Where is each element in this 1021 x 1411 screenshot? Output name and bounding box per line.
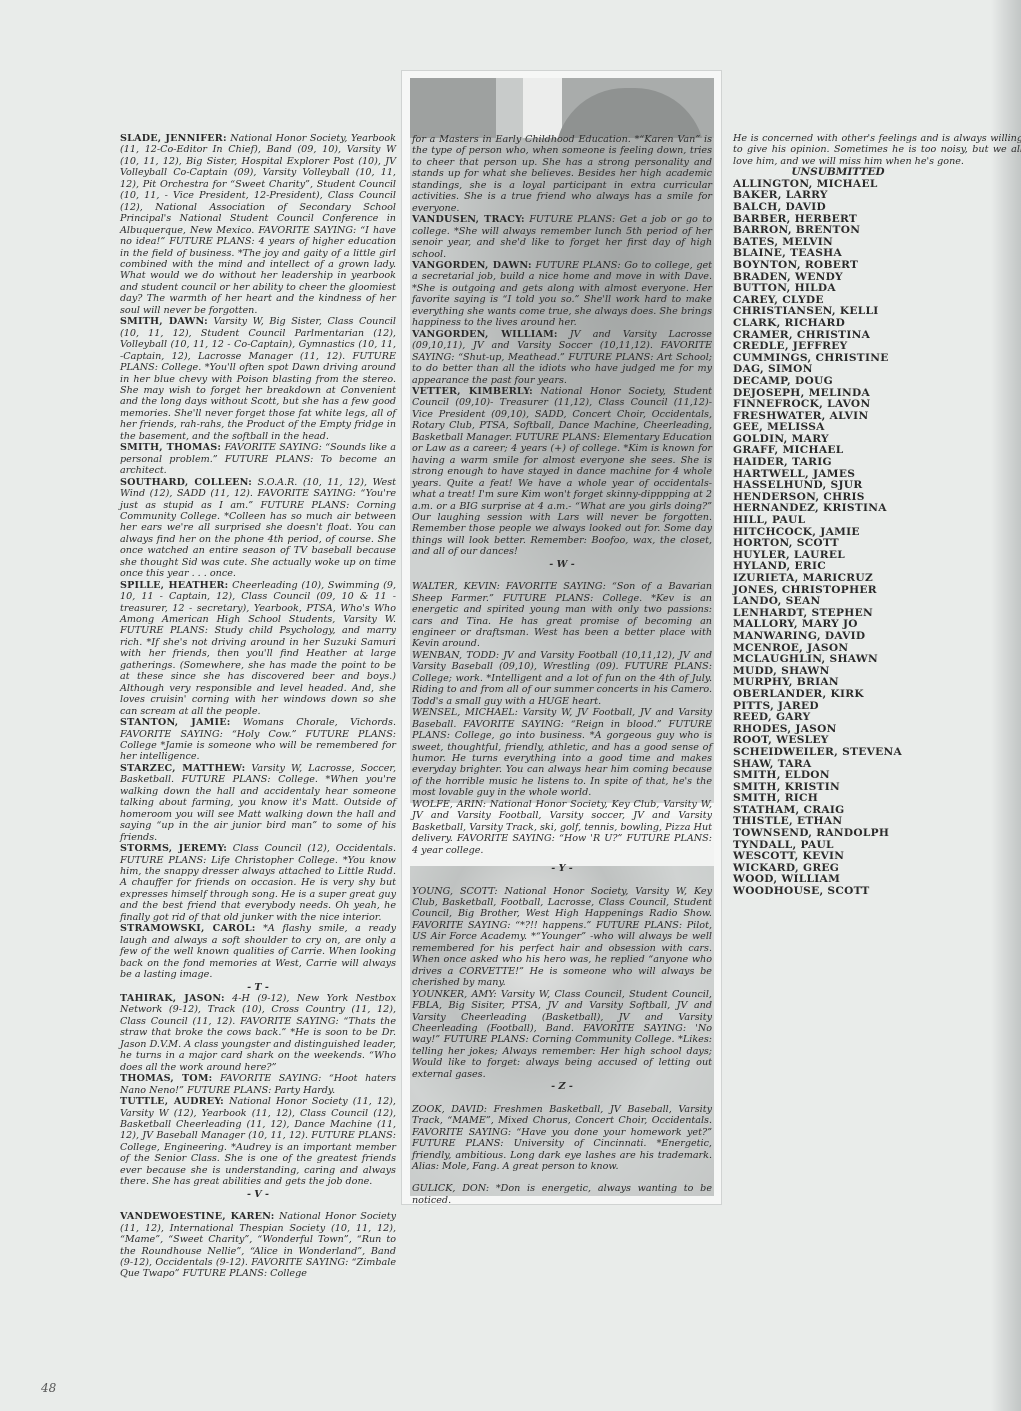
letter-heading-z: - Z - xyxy=(412,1081,712,1092)
senior-entry: SOUTHARD, COLLEEN: S.O.A.R. (10, 11, 12)… xyxy=(120,477,396,580)
entry-name: STARZEC, MATTHEW: xyxy=(120,763,245,774)
unsubmitted-name: BALCH, DAVID xyxy=(733,202,1021,214)
unsubmitted-name: OBERLANDER, KIRK xyxy=(733,689,1021,701)
unsubmitted-name: BOYNTON, ROBERT xyxy=(733,260,1021,272)
senior-entry: SLADE, JENNIFER: National Honor Society,… xyxy=(120,133,396,316)
unsubmitted-name: FINNEFROCK, LAVON xyxy=(733,399,1021,411)
senior-entry: TAHIRAK, JASON: 4-H (9-12), New York Nes… xyxy=(120,993,396,1073)
unsubmitted-name: REED, GARY xyxy=(733,712,1021,724)
senior-entry: YOUNKER, AMY: Varsity W, Class Council, … xyxy=(412,989,712,1081)
senior-entry: VANGORDEN, WILLIAM: JV and Varsity Lacro… xyxy=(412,329,712,386)
entry-text: Cheerleading (10), Swimming (9, 10, 11 -… xyxy=(120,580,396,717)
entry-name: TUTTLE, AUDREY: xyxy=(120,1096,224,1107)
senior-entry: STANTON, JAMIE: Womans Chorale, Vichords… xyxy=(120,717,396,763)
entry-text: Varsity W, JV Football, JV and Varsity B… xyxy=(412,707,712,798)
entry-name: YOUNG, SCOTT: xyxy=(412,886,498,897)
entry-text: Varsity W, Lacrosse, Soccer, Basketball.… xyxy=(120,763,396,843)
entry-text: National Honor Society, Yearbook (11, 12… xyxy=(120,133,396,316)
entry-text: Varsity W, Class Council, Student Counci… xyxy=(412,989,712,1080)
senior-entry: YOUNG, SCOTT: National Honor Society, Va… xyxy=(412,886,712,989)
senior-entry: WALTER, KEVIN: FAVORITE SAYING: “Son of … xyxy=(412,581,712,650)
senior-entry: STARZEC, MATTHEW: Varsity W, Lacrosse, S… xyxy=(120,763,396,843)
letter-heading-y: - Y - xyxy=(412,863,712,874)
senior-entry: SMITH, DAWN: Varsity W, Big Sister, Clas… xyxy=(120,316,396,442)
page-number: 48 xyxy=(41,1381,56,1395)
entry-name: STRAMOWSKI, CAROL: xyxy=(120,923,256,934)
entry-name: YOUNKER, AMY: xyxy=(412,989,497,1000)
entry-name: SMITH, THOMAS: xyxy=(120,442,221,453)
entry-name: VETTER, KIMBERLY: xyxy=(412,386,533,397)
unsubmitted-name: CREDLE, JEFFREY xyxy=(733,341,1021,353)
entry-name: SPILLE, HEATHER: xyxy=(120,580,228,591)
unsubmitted-name: HILL, PAUL xyxy=(733,515,1021,527)
senior-entry: TUTTLE, AUDREY: National Honor Society (… xyxy=(120,1096,396,1188)
left-column: SLADE, JENNIFER: National Honor Society,… xyxy=(120,133,396,1280)
entry-text: National Honor Society (11, 12), Varsity… xyxy=(120,1096,396,1187)
senior-entry: SMITH, THOMAS: FAVORITE SAYING: “Sounds … xyxy=(120,442,396,476)
letter-heading-w: - W - xyxy=(412,559,712,570)
right-column: He is concerned with other's feelings an… xyxy=(733,133,1021,898)
unsubmitted-name: HAIDER, TARIG xyxy=(733,457,1021,469)
senior-entry: ZOOK, DAVID: Freshmen Basketball, JV Bas… xyxy=(412,1104,712,1173)
senior-entry: SPILLE, HEATHER: Cheerleading (10), Swim… xyxy=(120,580,396,717)
senior-entry: VANDEWOESTINE, KAREN: National Honor Soc… xyxy=(120,1211,396,1280)
entry-name: THOMAS, TOM: xyxy=(120,1073,212,1084)
middle-column: for a Masters in Early Childhood Educati… xyxy=(412,134,712,1206)
unsubmitted-list: ALLINGTON, MICHAELBAKER, LARRYBALCH, DAV… xyxy=(733,179,1021,898)
unsubmitted-name: IZURIETA, MARICRUZ xyxy=(733,573,1021,585)
continuation-text: He is concerned with other's feelings an… xyxy=(733,133,1021,167)
senior-entry: THOMAS, TOM: FAVORITE SAYING: “Hoot hate… xyxy=(120,1073,396,1096)
entry-text: Varsity W, Big Sister, Class Council (10… xyxy=(120,316,396,442)
entry-name: WALTER, KEVIN: xyxy=(412,581,500,592)
senior-entry: WENSEL, MICHAEL: Varsity W, JV Football,… xyxy=(412,707,712,799)
entry-name: VANDUSEN, TRACY: xyxy=(412,214,525,225)
senior-entry: WENBAN, TODD: JV and Varsity Football (1… xyxy=(412,650,712,707)
entry-name: ZOOK, DAVID: xyxy=(412,1104,487,1115)
entry-name: TAHIRAK, JASON: xyxy=(120,993,225,1004)
entry-text: S.O.A.R. (10, 11, 12), West Wind (12), S… xyxy=(120,477,396,580)
unsubmitted-name: MCLAUGHLIN, SHAWN xyxy=(733,654,1021,666)
letter-heading-t: - T - xyxy=(120,982,396,993)
entry-name: WENSEL, MICHAEL: xyxy=(412,707,518,718)
unsubmitted-name: SCHEIDWEILER, STEVENA xyxy=(733,747,1021,759)
entry-name: STORMS, JEREMY: xyxy=(120,843,227,854)
unsubmitted-name: WOODHOUSE, SCOTT xyxy=(733,886,1021,898)
unsubmitted-name: CLARK, RICHARD xyxy=(733,318,1021,330)
senior-entry: WOLFE, ARIN: National Honor Society, Key… xyxy=(412,799,712,856)
entry-name: SOUTHARD, COLLEEN: xyxy=(120,477,252,488)
entry-name: WOLFE, ARIN: xyxy=(412,799,486,810)
senior-entry: VANDUSEN, TRACY: FUTURE PLANS: Get a job… xyxy=(412,214,712,260)
unsubmitted-name: SMITH, ELDON xyxy=(733,770,1021,782)
unsubmitted-name: BUTTON, HILDA xyxy=(733,283,1021,295)
unsubmitted-name: MANWARING, DAVID xyxy=(733,631,1021,643)
senior-entry: VANGORDEN, DAWN: FUTURE PLANS: Go to col… xyxy=(412,260,712,329)
entry-name: GULICK, DON: xyxy=(412,1183,489,1194)
entry-name: SMITH, DAWN: xyxy=(120,316,208,327)
entry-text: National Honor Society, Student Council … xyxy=(412,386,712,557)
entry-text: National Honor Society, Varsity W, Key C… xyxy=(412,886,712,989)
entry-name: VANGORDEN, WILLIAM: xyxy=(412,329,558,340)
letter-heading-v: - V - xyxy=(120,1189,396,1200)
entry-name: SLADE, JENNIFER: xyxy=(120,133,227,144)
entry-name: VANDEWOESTINE, KAREN: xyxy=(120,1211,275,1222)
entry-text: Class Council (12), Occidentals. FUTURE … xyxy=(120,843,396,923)
entry-name: VANGORDEN, DAWN: xyxy=(412,260,532,271)
entry-text: 4-H (9-12), New York Nestbox Network (9-… xyxy=(120,993,396,1073)
entry-name: WENBAN, TODD: xyxy=(412,650,499,661)
senior-entry: STORMS, JEREMY: Class Council (12), Occi… xyxy=(120,843,396,923)
unsubmitted-name: DECAMP, DOUG xyxy=(733,376,1021,388)
entry-late: GULICK, DON: *Don is energetic, always w… xyxy=(412,1183,712,1206)
unsubmitted-name: TOWNSEND, RANDOLPH xyxy=(733,828,1021,840)
senior-entry: STRAMOWSKI, CAROL: *A flashy smile, a re… xyxy=(120,923,396,980)
senior-entry: VETTER, KIMBERLY: National Honor Society… xyxy=(412,386,712,558)
continuation-text: for a Masters in Early Childhood Educati… xyxy=(412,134,712,214)
entry-name: STANTON, JAMIE: xyxy=(120,717,230,728)
